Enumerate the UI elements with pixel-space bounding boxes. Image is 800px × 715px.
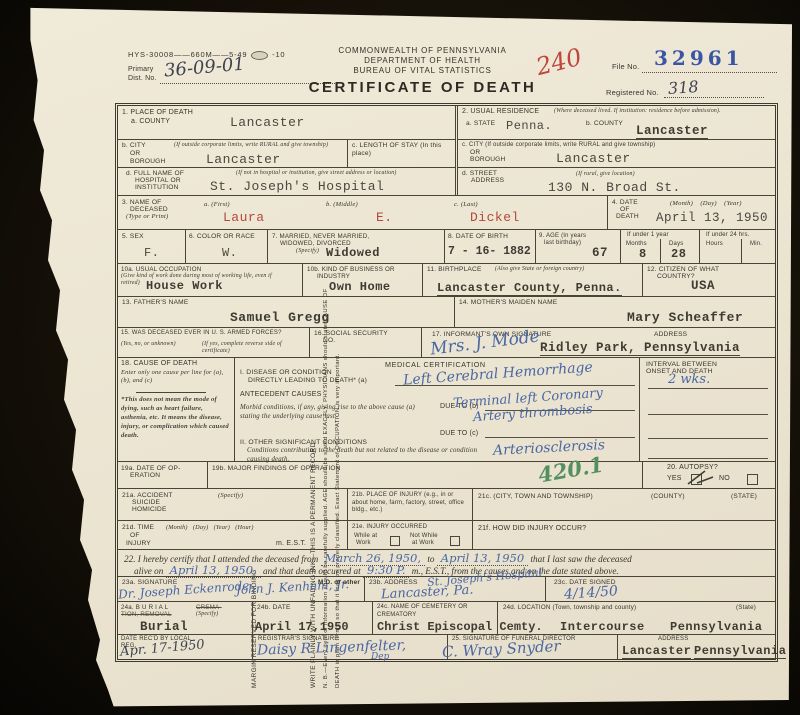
field-2d-street: d. STREET ADDRESS (If rural, give locati… — [458, 168, 775, 195]
scanned-death-certificate: MARGIN RESERVED FOR BINDING WRITE PLAINL… — [0, 0, 800, 715]
field-11-birthplace: 11. BIRTHPLACE (Also give State or forei… — [423, 264, 643, 296]
field-19a-date-of-operation: 19a. DATE OF OP- ERATION — [118, 462, 208, 488]
interval-line-d — [648, 458, 768, 459]
field-9-min-label: Min. — [750, 241, 762, 249]
antecedent-causes-label: ANTECEDENT CAUSES — [240, 391, 321, 400]
section-usual-residence: 2. USUAL RESIDENCE (Where deceased lived… — [455, 106, 775, 195]
field-2-note: (Where deceased lived. If institution: r… — [554, 108, 769, 115]
field-9-days-value: 28 — [671, 247, 686, 261]
field-5-value: F. — [144, 246, 159, 260]
field-24b-label: 24b. DATE — [257, 604, 291, 612]
registered-number-label: Registered No. — [606, 88, 659, 97]
field-24a-label4: (Specify) — [196, 611, 218, 618]
autopsy-no-checkbox — [747, 474, 758, 485]
morbid-conditions-note: Morbid conditions, if any, giving rise t… — [240, 403, 418, 421]
field-funeral-director-signature: 25. SIGNATURE OF FUNERAL DIRECTOR C. Wra… — [448, 635, 618, 659]
subrow-1b-1c: b. CITY (If outside corporate limits, wr… — [118, 140, 455, 168]
field-21a-label3: HOMICIDE — [132, 506, 167, 514]
agency-line3: BUREAU OF VITAL STATISTICS — [280, 66, 565, 75]
field-8-date-of-birth: 8. DATE OF BIRTH 7 - 16- 1882 — [445, 230, 536, 263]
field-24a-value: Burial — [140, 620, 188, 634]
field-16-label2: NO. — [323, 337, 335, 345]
field-24c-value: Christ Episcopal Cemty. — [377, 620, 543, 634]
field-21e-label: 21e. INJURY OCCURRED — [352, 524, 427, 532]
field-2a-label: a. STATE — [466, 120, 495, 128]
field-21c-city-county-state: 21c. (CITY, TOWN AND TOWNSHIP) (COUNTY) … — [473, 489, 775, 520]
interval-line-c — [648, 438, 768, 439]
field-10b-value: Own Home — [329, 280, 391, 294]
field-24c-label: 24c. NAME OF CEMETERY OR CREMATORY — [377, 604, 495, 619]
agency-block: COMMONWEALTH OF PENNSYLVANIA DEPARTMENT … — [280, 46, 565, 96]
field-13-label: 13. FATHER'S NAME — [122, 299, 188, 307]
field-4-value: April 13, 1950 — [656, 211, 768, 225]
row-name-dateofdeath: 3. NAME OF DECEASED (Type or Print) a. (… — [118, 196, 775, 230]
field-1b-value: Lancaster — [206, 152, 281, 167]
field-2b-value: Lancaster — [636, 124, 708, 139]
field-3a-value: Laura — [223, 210, 265, 225]
field-5-label: 5. SEX — [122, 233, 144, 241]
field-2d-label2: ADDRESS — [471, 177, 504, 185]
field-21c-county-label: (COUNTY) — [651, 493, 685, 501]
row-burial: 24a. B U R I A L CREMA- TION, REMOVAL (S… — [118, 602, 775, 635]
file-number-label: File No. — [612, 62, 639, 71]
field-3a-label: a. (First) — [204, 201, 230, 209]
field-24d-label: 24d. LOCATION (Town, township and county… — [503, 604, 636, 612]
field-registrar-signature: REGISTRAR'S SIGNATURE Daisy R Lingenfelt… — [253, 635, 448, 659]
field-8-label: 8. DATE OF BIRTH — [448, 233, 508, 241]
certification-line2: alive on April 13, 1950, and that death … — [134, 563, 619, 577]
row-cause-of-death: 18. CAUSE OF DEATH Enter only one cause … — [118, 358, 775, 462]
agency-line2: DEPARTMENT OF HEALTH — [280, 56, 565, 65]
field-4-columns: (Month) (Day) (Year) — [670, 200, 742, 208]
field-1b-borough: BOROUGH — [130, 158, 165, 166]
field-1-title: 1. PLACE OF DEATH — [122, 109, 193, 118]
fd-address-value2: Pennsylvania — [694, 644, 786, 659]
field-23c-value: 4/14/50 — [564, 583, 619, 603]
field-21d-label1: 21d. TIME — [122, 524, 154, 532]
field-24b-date: 24b. DATE April 17,1950 — [253, 602, 373, 634]
field-2ab-state-county: 2. USUAL RESIDENCE (Where deceased lived… — [458, 106, 775, 140]
row-sex-race-age: 5. SEX F. 6. COLOR OR RACE W. 7. MARRIED… — [118, 230, 775, 264]
field-2c-value: Lancaster — [556, 151, 631, 166]
field-21b-label: 21b. PLACE OF INJURY (e.g., in or about … — [352, 492, 467, 515]
section-place-of-death: 1. PLACE OF DEATH a. COUNTY Lancaster b.… — [118, 106, 455, 195]
field-9-under24-label: If under 24 hrs. — [706, 232, 750, 240]
field-18-interval: INTERVAL BETWEEN ONSET AND DEATH 2 wks. — [640, 358, 775, 461]
field-9-under1yr-label: If under 1 year — [627, 232, 669, 240]
field-18-title: 18. CAUSE OF DEATH — [121, 360, 197, 369]
field-9-hours-min-divider — [741, 239, 742, 263]
field-17-address-value: Ridley Park, Pennsylvania — [540, 341, 740, 356]
field-11-note: (Also give State or foreign country) — [495, 266, 584, 273]
field-20-autopsy: 20. AUTOPSY? YES NO — [643, 462, 775, 488]
row-place-residence: 1. PLACE OF DEATH a. COUNTY Lancaster b.… — [118, 106, 775, 196]
field-11-label: 11. BIRTHPLACE — [427, 266, 482, 274]
field-23c-date-signed: 23c. DATE SIGNED 4/14/50 — [546, 577, 775, 601]
interval-value: 2 wks. — [668, 372, 710, 387]
field-1b-label: b. CITY — [122, 142, 146, 150]
field-7-label3: (Specify) — [296, 248, 319, 256]
field-4-date-of-death: 4. DATE OF DEATH (Month) (Day) (Year) Ap… — [608, 196, 775, 229]
field-11-value: Lancaster County, Penna. — [437, 281, 622, 296]
field-16-ssn: 16. SOCIAL SECURITY NO. — [310, 328, 422, 357]
field-15-note1: (Yes, no, or unknown) — [121, 341, 176, 348]
row-parents: 13. FATHER'S NAME Samuel Gregg 14. MOTHE… — [118, 297, 775, 328]
primary-district-label1: Primary — [128, 66, 154, 75]
field-1a-county: 1. PLACE OF DEATH a. COUNTY Lancaster — [118, 106, 455, 140]
field-15-label: 15. WAS DECEASED EVER IN U. S. ARMED FOR… — [121, 330, 306, 338]
interval-line-b — [648, 414, 768, 415]
row-occupation-birthplace: 10a. USUAL OCCUPATION (Give kind of work… — [118, 264, 775, 297]
field-1d-label3: INSTITUTION — [135, 184, 179, 192]
field-19b-label: 19b. MAJOR FINDINGS OF OPERATION — [212, 465, 341, 473]
autopsy-yes-label: YES — [667, 475, 682, 484]
field-9-label2: last birthday) — [544, 240, 581, 248]
field-21b-place-of-injury: 21b. PLACE OF INJURY (e.g., in or about … — [348, 489, 473, 520]
field-17-address-label: ADDRESS — [654, 331, 687, 339]
field-2d-note: (If rural, give location) — [576, 171, 635, 178]
fd-address-label: ADDRESS — [658, 636, 688, 644]
field-21e-injury-occurred: 21e. INJURY OCCURRED While at Work Not W… — [348, 521, 473, 549]
primary-district-label2: Dist. No. — [128, 75, 157, 84]
field-14-value: Mary Scheaffer — [627, 310, 743, 325]
field-18-medical-certification: MEDICAL CERTIFICATION I. DISEASE OR COND… — [235, 358, 640, 461]
printer-emblem-icon — [251, 51, 268, 60]
registrar-deputy-note: Dep — [371, 652, 389, 662]
fd-address-value1: Lancaster — [622, 644, 691, 659]
field-10b-industry: 10b. KIND OF BUSINESS OR INDUSTRY Own Ho… — [303, 264, 423, 296]
field-9-value: 67 — [592, 246, 608, 260]
row-operation-autopsy: 19a. DATE OF OP- ERATION 19b. MAJOR FIND… — [118, 462, 775, 489]
agency-line1: COMMONWEALTH OF PENNSYLVANIA — [280, 46, 565, 55]
field-14-label: 14. MOTHER'S MAIDEN NAME — [459, 299, 557, 307]
registered-number-line — [664, 97, 764, 98]
field-24a-burial: 24a. B U R I A L CREMA- TION, REMOVAL (S… — [118, 602, 253, 634]
field-3b-value: E. — [376, 210, 393, 225]
row-physician-signature: 23a. SIGNATURE Dr. Joseph Eckenrode John… — [118, 577, 775, 602]
field-23a-md-label: M.D. or other — [318, 579, 360, 587]
certificate-form: 1. PLACE OF DEATH a. COUNTY Lancaster b.… — [115, 103, 778, 662]
certificate-title: CERTIFICATE OF DEATH — [280, 79, 565, 96]
field-24d-state-label: (State) — [736, 604, 756, 612]
field-21d-time-of-injury: 21d. TIME (Month) (Day) (Year) (Hour) OF… — [118, 521, 348, 549]
field-18c-line — [485, 437, 635, 438]
field-19a-label2: ERATION — [130, 472, 160, 480]
field-3b-label: b. (Middle) — [326, 201, 358, 209]
field-21a-accident: 21a. ACCIDENT SUICIDE HOMICIDE (Specify) — [118, 489, 348, 520]
field-12-label2: COUNTRY? — [657, 273, 695, 281]
field-7-marital-status: 7. MARRIED, NEVER MARRIED, WIDOWED, DIVO… — [268, 230, 445, 263]
field-12-value: USA — [691, 279, 715, 293]
field-date-received: DATE REC'D BY LOCAL REG. Apr. 17-1950 — [118, 635, 253, 659]
field-10a-value: House Work — [146, 279, 223, 293]
row-injury-time: 21d. TIME (Month) (Day) (Year) (Hour) OF… — [118, 521, 775, 550]
field-9-age: 9. AGE (In years last birthday) 67 — [536, 230, 621, 263]
interval-line-a — [648, 388, 768, 389]
registered-number-value: 318 — [667, 77, 699, 98]
row-injury-place: 21a. ACCIDENT SUICIDE HOMICIDE (Specify)… — [118, 489, 775, 521]
field-funeral-director-address: ADDRESS Lancaster Pennsylvania — [618, 635, 775, 659]
certificate-paper: MARGIN RESERVED FOR BINDING WRITE PLAINL… — [0, 0, 800, 715]
field-8-value: 7 - 16- 1882 — [448, 245, 531, 258]
field-1b-city: b. CITY (If outside corporate limits, wr… — [118, 140, 347, 167]
injury-not-while-at-work-checkbox — [450, 536, 460, 546]
field-6-value: W. — [222, 246, 237, 260]
field-9-under-24-hrs: If under 24 hrs. Hours Min. — [700, 230, 775, 263]
field-6-label: 6. COLOR OR RACE — [189, 233, 255, 241]
field-2-title: 2. USUAL RESIDENCE — [462, 108, 539, 117]
cert-death-time: 9:30 P. — [363, 563, 410, 578]
field-9-under-1-year: If under 1 year Months Days 8 28 — [621, 230, 700, 263]
field-3-title3: (Type or Print) — [126, 213, 168, 221]
field-15-armed-forces: 15. WAS DECEASED EVER IN U. S. ARMED FOR… — [118, 328, 310, 357]
field-4-title3: DEATH — [616, 213, 639, 221]
field-23a-signature: 23a. SIGNATURE Dr. Joseph Eckenrode John… — [118, 577, 365, 601]
field-1d-value: St. Joseph's Hospital — [210, 179, 384, 194]
field-13-father: 13. FATHER'S NAME Samuel Gregg — [118, 297, 455, 327]
field-21e-while-label2: Work — [356, 540, 371, 548]
field-1b-or: OR — [130, 150, 140, 158]
row-certification: 22. I hereby certify that I attended the… — [118, 550, 775, 577]
field-21d-label2: OF — [130, 532, 140, 540]
field-13-value: Samuel Gregg — [230, 310, 330, 325]
field-9-months-days-divider — [660, 239, 661, 263]
field-10a-occupation: 10a. USUAL OCCUPATION (Give kind of work… — [118, 264, 303, 296]
field-1a-value: Lancaster — [230, 115, 305, 130]
row-armedforces-ssn-informant: 15. WAS DECEASED EVER IN U. S. ARMED FOR… — [118, 328, 775, 358]
autopsy-yes-mark — [685, 468, 719, 488]
field-24c-cemetery: 24c. NAME OF CEMETERY OR CREMATORY Chris… — [373, 602, 498, 634]
field-24d-value2: Pennsylvania — [670, 620, 762, 634]
field-18-note-divider — [136, 392, 206, 393]
field-15-note2: (If yes, complete reverse side of certif… — [202, 341, 302, 355]
field-21f-label: 21f. HOW DID INJURY OCCUR? — [478, 525, 586, 534]
field-2c-label: c. CITY (If outside corporate limits, wr… — [462, 142, 655, 150]
field-12-citizen: 12. CITIZEN OF WHAT COUNTRY? USA — [643, 264, 775, 296]
field-14-mother: 14. MOTHER'S MAIDEN NAME Mary Scheaffer — [455, 297, 775, 327]
file-number-line — [642, 72, 777, 73]
field-17-informant: 17. INFORMANT'S OWN SIGNATURE ADDRESS Mr… — [422, 328, 775, 357]
field-2a-value: Penna. — [506, 119, 552, 133]
field-21d-est: m. E.S.T. — [276, 540, 306, 549]
field-1d-hospital: d. FULL NAME OF HOSPITAL OR INSTITUTION … — [118, 168, 455, 195]
file-number-value: 32961 — [654, 46, 744, 70]
cert-last-seen: April 13, 1950, — [166, 563, 261, 578]
field-3-name-of-deceased: 3. NAME OF DECEASED (Type or Print) a. (… — [118, 196, 608, 229]
field-21c-state-label: (STATE) — [731, 493, 757, 501]
field-1c-length-of-stay: c. LENGTH OF STAY (In this place) — [347, 140, 455, 167]
field-21e-notwhile-label2: at Work — [412, 540, 434, 548]
field-21d-columns: (Month) (Day) (Year) (Hour) — [166, 524, 254, 532]
field-19b-findings: 19b. MAJOR FINDINGS OF OPERATION 420.1 — [208, 462, 643, 488]
field-21a-specify: (Specify) — [218, 492, 243, 500]
field-24b-value: April 17,1950 — [255, 620, 349, 634]
field-6-color-race: 6. COLOR OR RACE W. — [186, 230, 268, 263]
field-18-instructions: 18. CAUSE OF DEATH Enter only one cause … — [118, 358, 235, 461]
field-3c-value: Dickel — [470, 210, 520, 225]
field-2c-borough: BOROUGH — [470, 156, 505, 164]
field-1c-label: c. LENGTH OF STAY (In this place) — [352, 142, 447, 158]
cert-l2a: alive on — [134, 566, 163, 576]
due-to-c-label: DUE TO (c) — [440, 430, 478, 439]
field-18-i-label2: DIRECTLY LEADING TO DEATH* (a) — [248, 377, 367, 385]
field-2d-value: 130 N. Broad St. — [548, 180, 681, 195]
field-21f-how: 21f. HOW DID INJURY OCCUR? — [473, 521, 775, 549]
row-registrar: DATE REC'D BY LOCAL REG. Apr. 17-1950 RE… — [118, 635, 775, 659]
field-18-note2: *This does not mean the mode of dying, s… — [121, 396, 229, 440]
field-3c-label: c. (Last) — [454, 201, 478, 209]
field-1d-note: (If not in hospital or institution, give… — [236, 170, 441, 177]
field-1b-note: (If outside corporate limits, write RURA… — [174, 142, 342, 149]
field-9-months-value: 8 — [639, 247, 647, 261]
field-21d-label3: INJURY — [126, 540, 151, 548]
field-5-sex: 5. SEX F. — [118, 230, 186, 263]
injury-while-at-work-checkbox — [390, 536, 400, 546]
field-24d-value1: Intercourse — [560, 620, 645, 634]
field-9-hours-label: Hours — [706, 241, 723, 249]
autopsy-no-label: NO — [719, 475, 730, 484]
field-1a-label: a. COUNTY — [131, 118, 170, 127]
field-18-note1: Enter only one cause per line for (a), (… — [121, 369, 226, 385]
field-2b-label: b. COUNTY — [586, 120, 623, 128]
cert-l2b: and that death occurred at — [263, 566, 361, 576]
field-21c-label: 21c. (CITY, TOWN AND TOWNSHIP) — [478, 493, 593, 501]
field-24a-label3: TION, REMOVAL — [121, 611, 172, 619]
field-2c-city: c. CITY (If outside corporate limits, wr… — [458, 140, 775, 168]
field-7-value: Widowed — [326, 246, 380, 260]
field-23b-address: 23b. ADDRESS St. Joseph's Hospital Lanca… — [365, 577, 546, 601]
